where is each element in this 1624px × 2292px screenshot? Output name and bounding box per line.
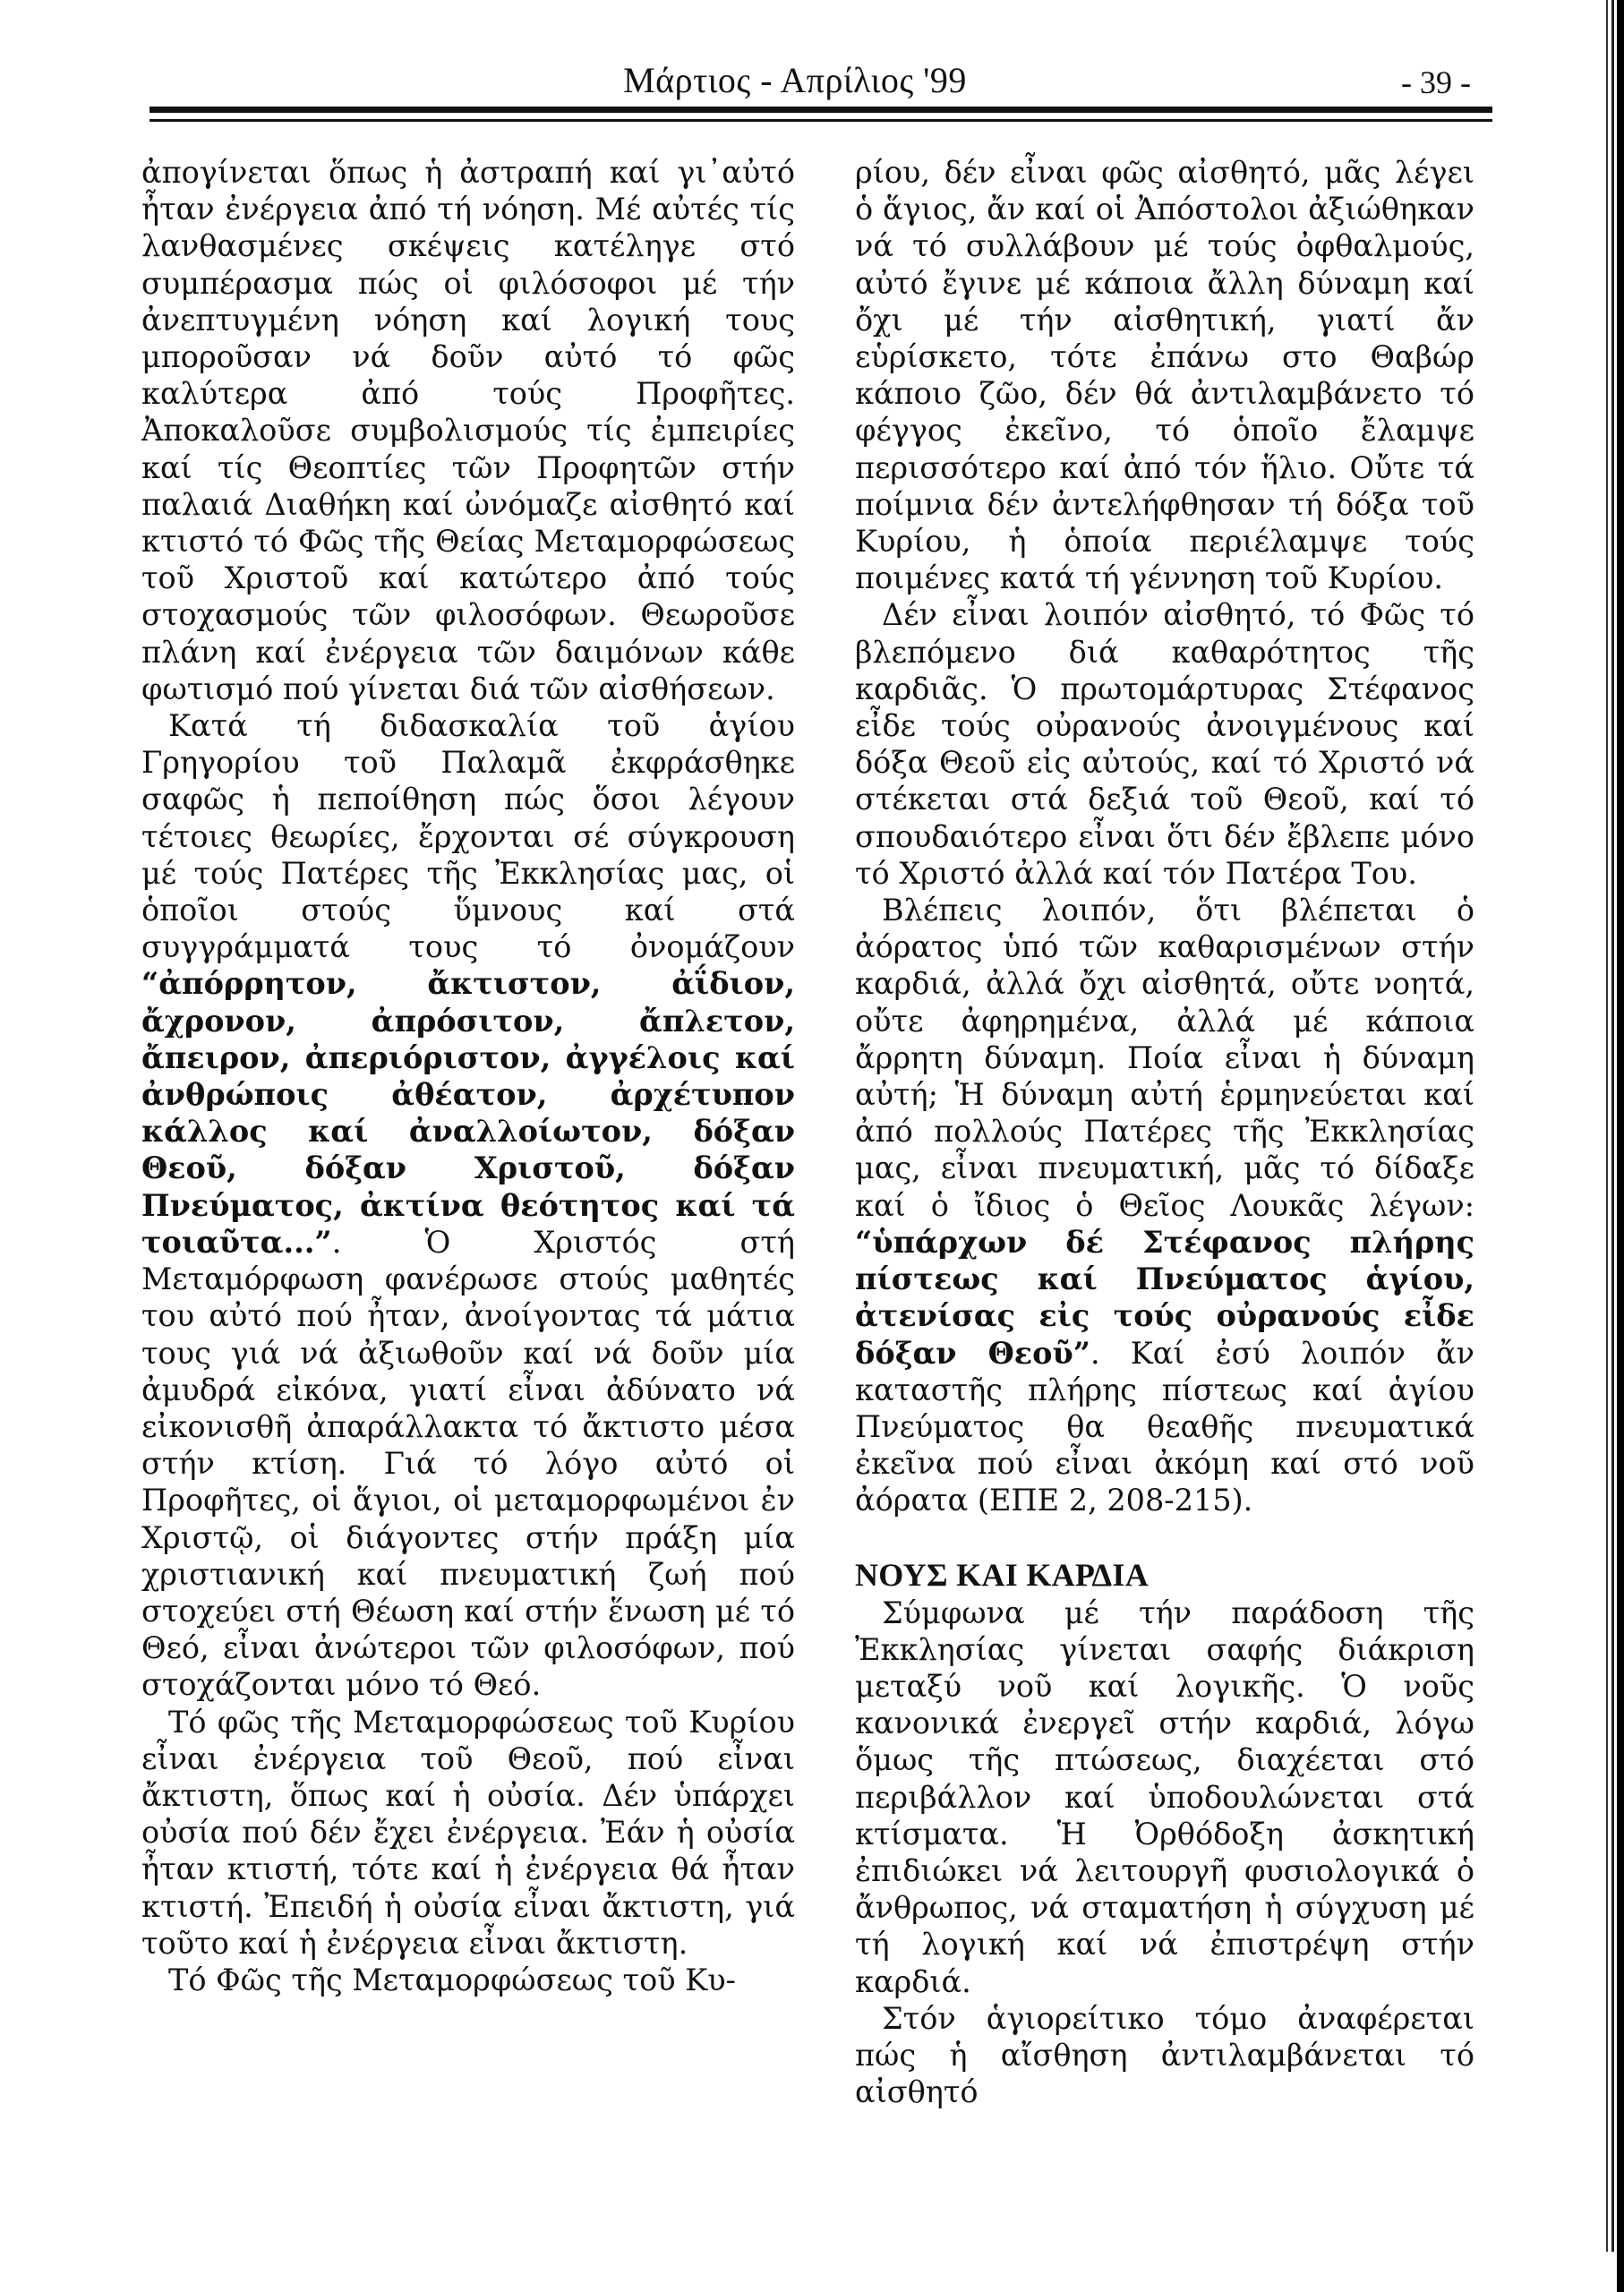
page-number: - 39 -	[1401, 63, 1471, 102]
paragraph: Σύμφωνα μέ τήν παράδοση τῆς Ἐκκλησίας γί…	[855, 1595, 1474, 2000]
header-rule-thin	[150, 119, 1492, 122]
paragraph: ἀπογίνεται ὅπως ἡ ἀστραπή καί γι᾿αὐτό ἦτ…	[141, 154, 795, 707]
header-rule-thick	[150, 107, 1492, 113]
paragraph: Τό Φῶς τῆς Μεταμορφώσεως τοῦ Κυ-	[141, 1962, 795, 1998]
paragraph: Κατά τή διδασκαλία τοῦ ἁγίου Γρηγορίου τ…	[141, 707, 795, 1703]
edge-line	[1617, 0, 1624, 2292]
left-column: ἀπογίνεται ὅπως ἡ ἀστραπή καί γι᾿αὐτό ἦτ…	[141, 154, 795, 1998]
page-header: Μάρτιος - Απρίλιος '99 - 39 -	[119, 61, 1471, 100]
paragraph: Βλέπεις λοιπόν, ὅτι βλέπεται ὁ ἀόρατος ὑ…	[855, 892, 1474, 1518]
paragraph: Τό φῶς τῆς Μεταμορφώσεως τοῦ Κυρίου εἶνα…	[141, 1704, 795, 1962]
paragraph: ρίου, δέν εἶναι φῶς αἰσθητό, μᾶς λέγει ὁ…	[855, 154, 1474, 596]
section-heading: ΝΟΥΣ ΚΑΙ ΚΑΡΔΙΑ	[855, 1555, 1474, 1595]
patristic-quote: “ἀπόρρητον, ἄκτιστον, ἀΐδιον, ἄχρονον, ἀ…	[141, 966, 795, 1259]
running-title: Μάρτιος - Απρίλιος '99	[119, 61, 1471, 100]
scan-edge-lines	[1597, 0, 1624, 2292]
edge-line	[1611, 0, 1614, 2252]
paragraph: Δέν εἶναι λοιπόν αἰσθητό, τό Φῶς τό βλεπ…	[855, 596, 1474, 892]
paragraph-text: Κατά τή διδασκαλία τοῦ ἁγίου Γρηγορίου τ…	[141, 708, 795, 964]
paragraph-text: . Ὁ Χριστός στή Μεταμόρφωση φανέρωσε στο…	[141, 1225, 795, 1702]
paragraph-text: Βλέπεις λοιπόν, ὅτι βλέπεται ὁ ἀόρατος ὑ…	[855, 893, 1474, 1223]
edge-line	[1606, 0, 1608, 2252]
paragraph: Στόν ἁγιορείτικο τόμο ἀναφέρεται πώς ἡ α…	[855, 2000, 1474, 2111]
right-column: ρίου, δέν εἶναι φῶς αἰσθητό, μᾶς λέγει ὁ…	[855, 154, 1474, 2110]
